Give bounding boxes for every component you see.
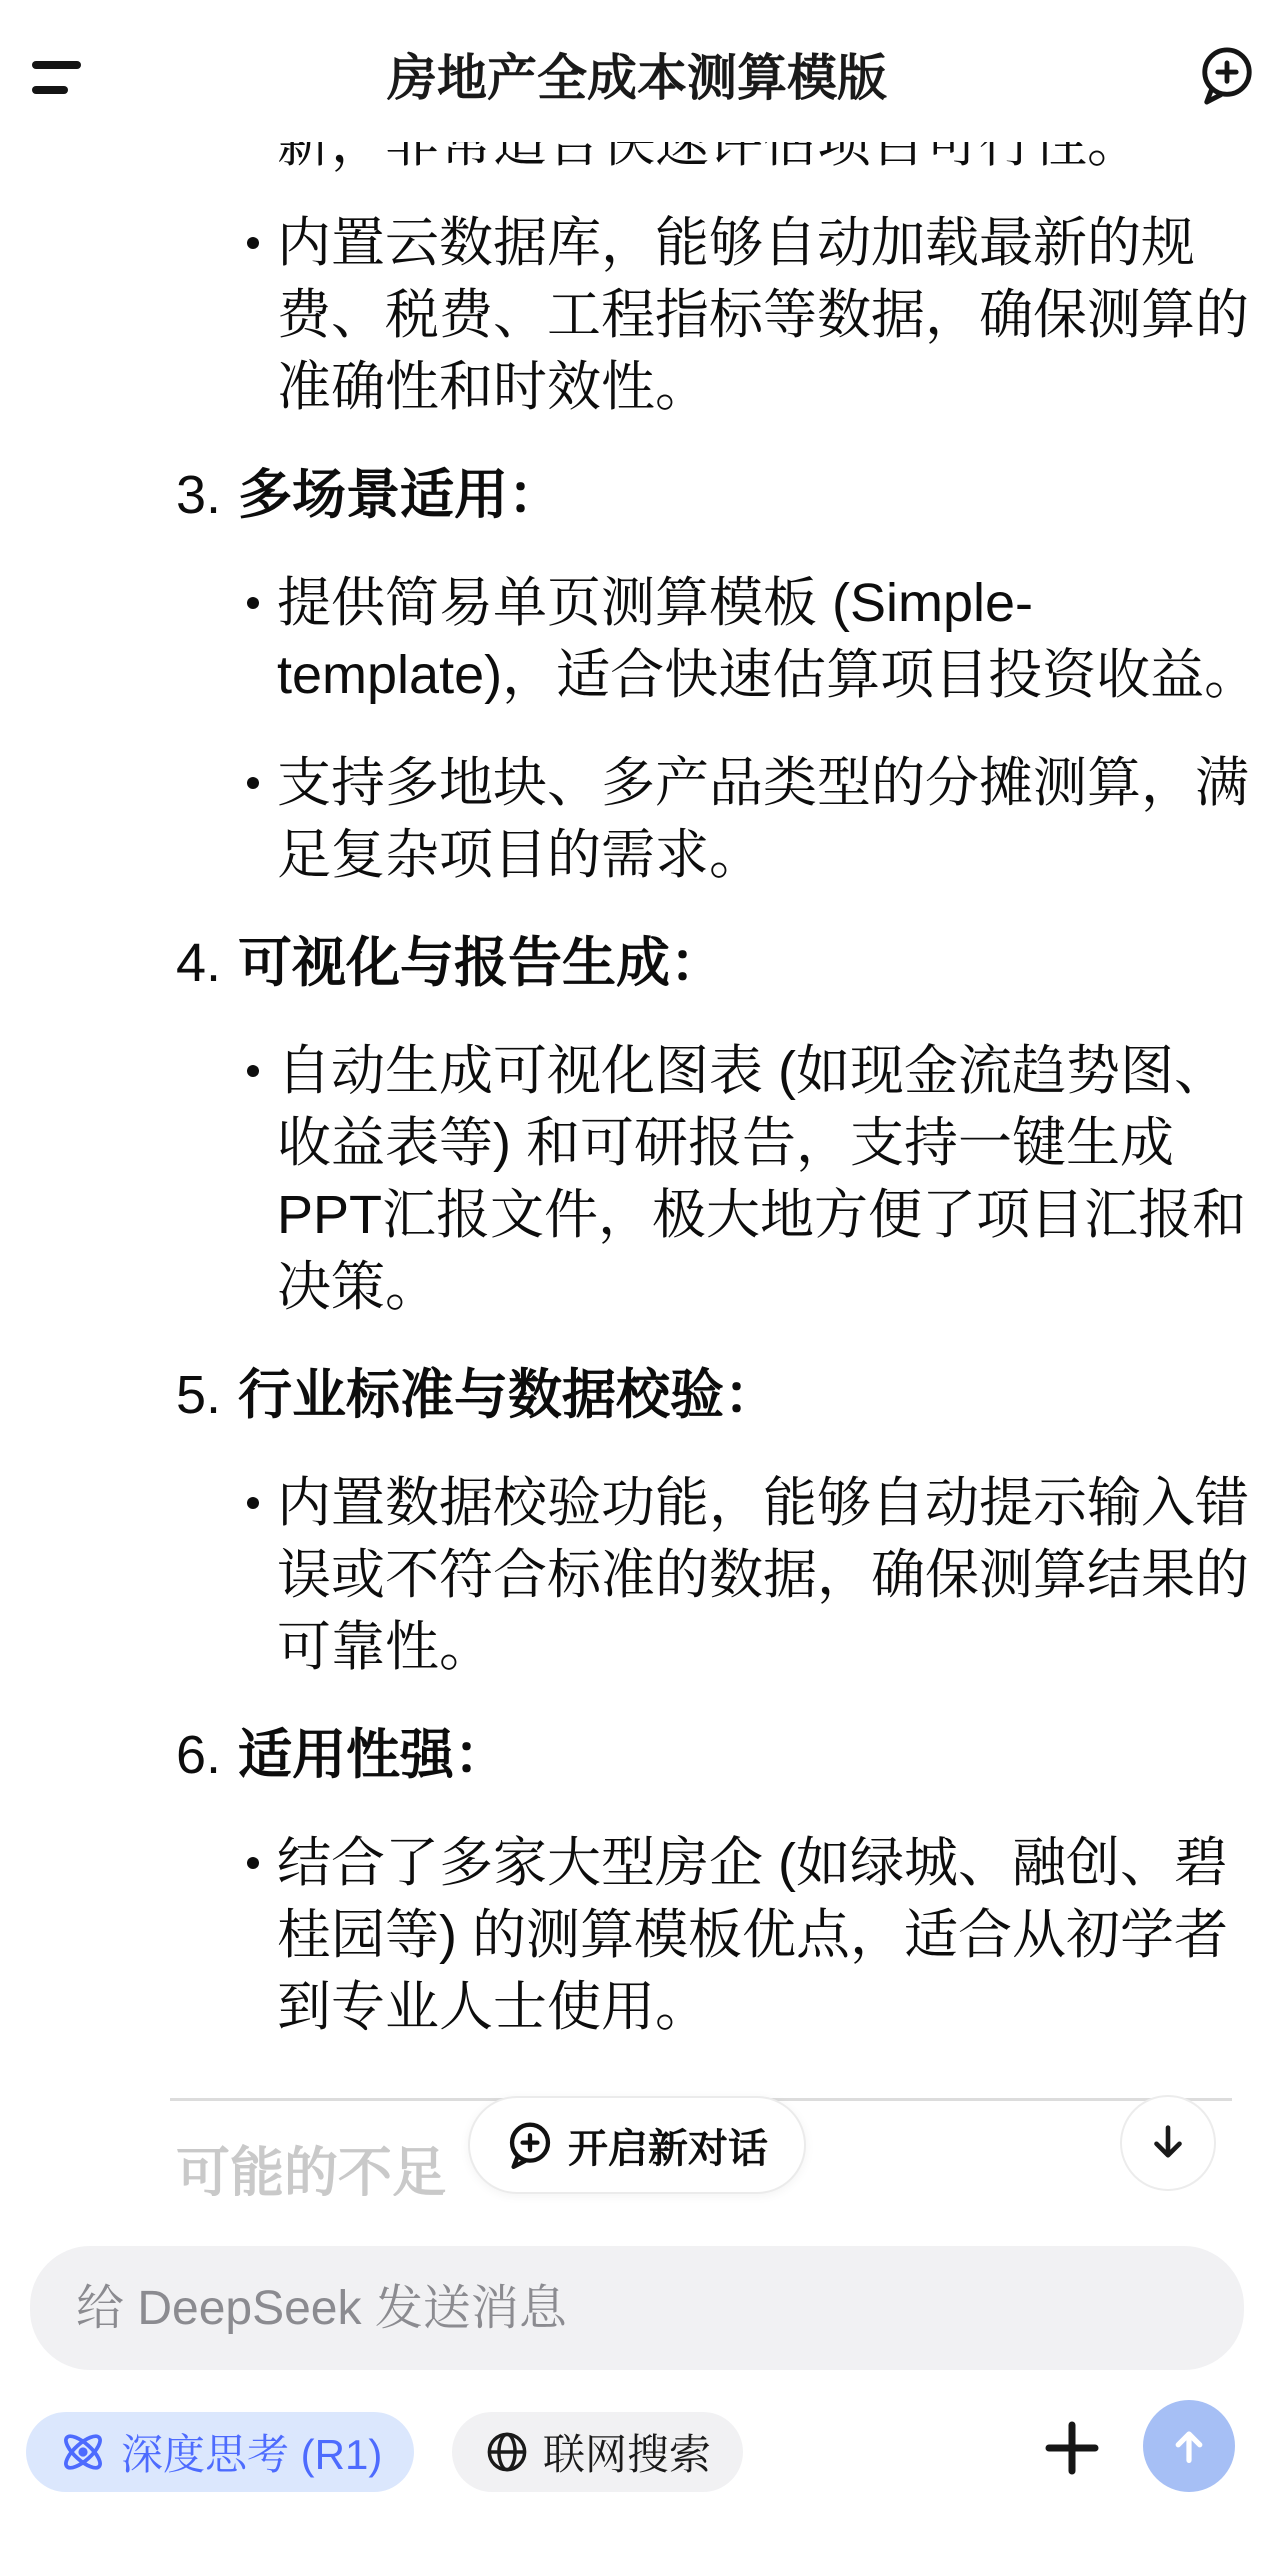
numbered-item-heading: 3. 多场景适用： (0, 459, 1274, 531)
send-button[interactable] (1143, 2400, 1235, 2492)
deepthink-label: 深度思考 (R1) (121, 2422, 382, 2482)
bullet-dot (247, 597, 259, 609)
web-search-toggle[interactable]: 联网搜索 (452, 2412, 743, 2492)
bullet-item: 自动生成可视化图表 (如现金流趋势图、 收益表等) 和可研报告，支持一键生成 P… (0, 1035, 1274, 1323)
numbered-item-heading: 6. 适用性强： (0, 1719, 1274, 1791)
bullet-dot (247, 1857, 259, 1869)
deepthink-toggle[interactable]: 深度思考 (R1) (26, 2412, 414, 2492)
bullet-item: 支持多地块、多产品类型的分摊测算，满 足复杂项目的需求。 (0, 747, 1274, 891)
bullet-item: 结合了多家大型房企 (如绿城、融创、碧 桂园等) 的测算模板优点，适合从初学者 … (0, 1827, 1274, 2043)
bullet-item: 内置数据校验功能，能够自动提示输入错 误或不符合标准的数据，确保测算结果的 可靠… (0, 1467, 1274, 1683)
numbered-item-heading: 5. 行业标准与数据校验： (0, 1359, 1274, 1431)
down-arrow-icon (1145, 2120, 1191, 2166)
bullet-dot (247, 1065, 259, 1077)
web-search-label: 联网搜索 (543, 2422, 711, 2482)
plus-icon (1045, 2421, 1099, 2475)
bullet-dot (247, 1497, 259, 1509)
chat-bubble-plus-icon (1198, 44, 1256, 106)
attach-button[interactable] (1045, 2421, 1099, 2475)
composer-bar: 深度思考 (R1) 联网搜索 (0, 2196, 1274, 2562)
new-chat-label: 开启新对话 (568, 2117, 768, 2174)
chat-bubble-plus-icon (506, 2120, 554, 2170)
app-screen: 新，非常适合快速评估项目可行性。 内置云数据库，能够自动加载最新的规 费、税费、… (0, 0, 1274, 2562)
scroll-to-bottom-button[interactable] (1120, 2095, 1216, 2191)
chat-message: 新，非常适合快速评估项目可行性。 内置云数据库，能够自动加载最新的规 费、税费、… (0, 107, 1274, 2079)
bullet-item: 提供简易单页测算模板 (Simple- template)，适合快速估算项目投资… (0, 567, 1274, 711)
new-chat-button[interactable]: 开启新对话 (468, 2096, 806, 2194)
new-chat-header-button[interactable] (1198, 44, 1256, 106)
bullet-dot (247, 777, 259, 789)
atom-icon (58, 2427, 108, 2477)
globe-icon (484, 2429, 530, 2475)
page-title: 房地产全成本测算模版 (0, 52, 1274, 104)
up-arrow-icon (1165, 2422, 1213, 2470)
bullet-item: 内置云数据库，能够自动加载最新的规 费、税费、工程指标等数据，确保测算的 准确性… (0, 207, 1274, 423)
message-input[interactable] (30, 2246, 1244, 2370)
bullet-dot (247, 237, 259, 249)
header: 房地产全成本测算模版 (0, 0, 1274, 142)
numbered-item-heading: 4. 可视化与报告生成： (0, 927, 1274, 999)
